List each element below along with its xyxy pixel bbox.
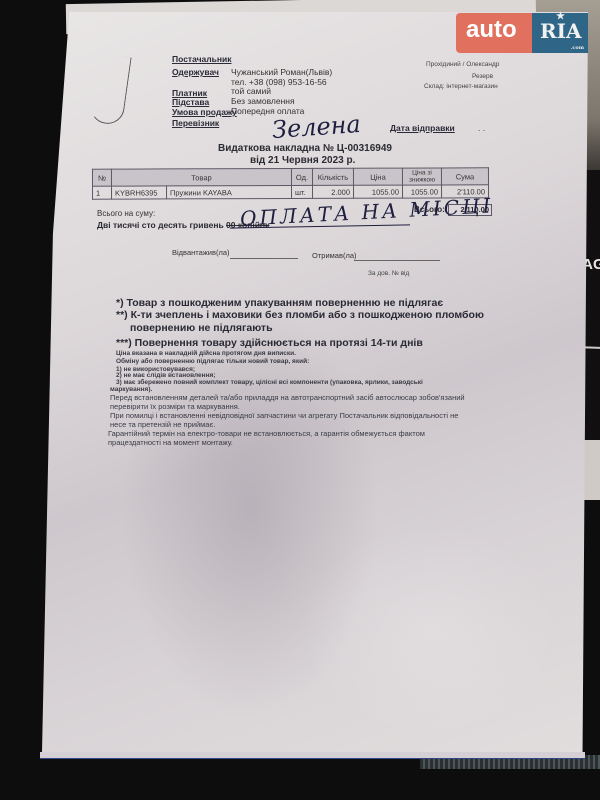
row-quantity: 2.000 [313, 185, 354, 198]
handwritten-check-mark [88, 53, 131, 126]
dispatch-date-label: Дата відправки [390, 123, 455, 133]
right-info-line1: Прохідиний / Олександр [426, 61, 499, 68]
sum-label: Всього на суму: [97, 209, 155, 218]
carrier-label: Перевізник [172, 118, 219, 128]
note-2: **) К-ти зчеплень і маховики без пломби … [116, 309, 484, 321]
invoice-date: від 21 Червня 2023 р. [250, 155, 355, 166]
watermark-ria: ★ RIA .com [532, 13, 588, 53]
row-price: 1055.00 [354, 185, 403, 198]
recipient-name: Чужанський Роман(Львів) [231, 67, 332, 77]
invoice-document: Постачальник Одержувач Чужанський Роман(… [0, 0, 600, 800]
col-sum: Сума [441, 168, 488, 185]
col-quantity: Кількість [312, 168, 353, 185]
terms-line-2: Обміну або поверненню підлягає тільки но… [116, 358, 309, 365]
basis-value: Без замовлення [231, 96, 295, 106]
note-2-cont: повернению не підлягають [130, 322, 273, 334]
released-by-line [230, 258, 298, 259]
items-table: № Товар Од. Кількість Ціна Ціна зі знижк… [92, 167, 489, 199]
row-number: 1 [93, 186, 112, 199]
note-3: ***) Повернення товару здійснюється на п… [116, 337, 423, 349]
col-discount-price: Ціна зі знижкою [402, 168, 441, 185]
sale-terms-label: Умова продажу [172, 107, 237, 117]
basis-label: Підстава [172, 97, 209, 107]
autoria-watermark: auto ★ RIA .com [456, 13, 588, 53]
terms-line-5: 3) має збережено повний комплект товару,… [116, 379, 423, 386]
released-by-label: Відвантажив(ла) [172, 248, 230, 257]
received-by-label: Отримав(ла) [312, 251, 356, 260]
right-info-line2: Резерв [472, 73, 493, 80]
dispatch-date-value: . . [478, 123, 485, 133]
terms-line-12: працездатності на момент монтажу. [108, 438, 233, 447]
supplier-label: Постачальник [172, 54, 232, 64]
terms-line-8: перевірити їх розміри та маркування. [110, 402, 240, 411]
payer-value: той самий [231, 86, 271, 96]
terms-line-4: 2) не має слідів встановлення; [116, 372, 215, 379]
row-unit: шт. [292, 185, 313, 198]
terms-line-11: Гарантійний термін на електро-товари не … [108, 429, 425, 438]
watermark-ria-text: RIA [540, 19, 582, 43]
watermark-com-text: .com [571, 45, 584, 51]
col-price: Ціна [353, 168, 402, 185]
table-header-row: № Товар Од. Кількість Ціна Ціна зі знижк… [92, 168, 488, 186]
col-number: № [92, 169, 111, 186]
row-code: KYBRH6395 [112, 186, 167, 199]
note-1: *) Товар з пошкодженим упакуванням повер… [116, 297, 443, 309]
col-product: Товар [111, 168, 291, 186]
sum-words-text: Дві тисячі сто десять гривень [97, 220, 226, 230]
terms-line-1: Ціна вказана в накладній дійсна протягом… [116, 350, 296, 357]
terms-line-7: Перед встановленням деталей та/або прила… [110, 393, 465, 402]
watermark-auto-text: auto [456, 13, 532, 53]
col-unit: Од. [291, 168, 312, 185]
handwritten-signature: Зелена [271, 110, 362, 144]
row-name: Пружини KAYABA [167, 185, 292, 198]
star-icon: ★ [556, 11, 565, 22]
terms-line-9: При помилці і встановленні невідповідної… [110, 411, 458, 420]
invoice-title: Видаткова накладна № Ц-00316949 [218, 143, 392, 154]
received-by-line [354, 260, 440, 261]
recipient-label: Одержувач [172, 67, 219, 77]
right-info-line3: Склад: інтернет-магазин [424, 83, 498, 90]
proxy-text: За дов. № від [368, 270, 409, 277]
terms-line-10: несе та претензій не приймає. [110, 420, 215, 429]
terms-line-6: маркування). [110, 386, 152, 393]
